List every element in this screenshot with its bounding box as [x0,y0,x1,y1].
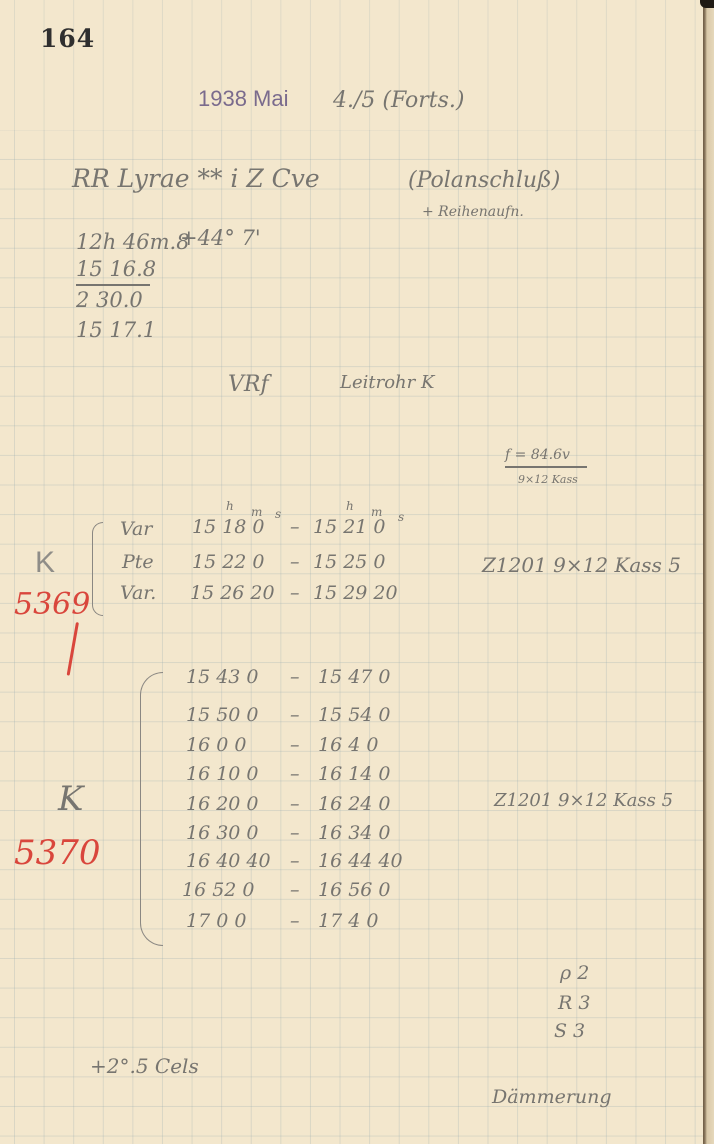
block2-row7-start: 16 40 40 [186,852,271,871]
block2-row7-dash: – [290,852,300,871]
coord-ra: 12h 46m.8 [76,232,190,253]
block2-row8-dash: – [290,881,300,900]
block2-row1-dash: – [290,668,300,687]
block1-row2-start: 15 22 0 [192,553,265,572]
block2-row3-end: 16 4 0 [318,736,378,755]
block1-row1-end: 15 21 0 [313,518,386,537]
block2-row2-start: 15 50 0 [186,706,259,725]
block2-row3-dash: – [290,736,300,755]
date-handwritten: 4./5 (Forts.) [333,90,465,112]
block1-row2-dash: – [290,553,300,572]
block2-row6-end: 16 34 0 [318,824,391,843]
block2-row6-dash: – [290,824,300,843]
unit-s2: s [398,511,404,523]
instrument-guide: Leitrohr K [340,374,434,392]
block1-note: Z1201 9×12 Kass 5 [482,555,681,575]
block2-row9-start: 17 0 0 [186,912,246,931]
object-title: RR Lyrae ** i Z Cve [72,166,320,191]
object-note-paren: (Polanschluß) [408,170,560,192]
block2-plate-number: 5370 [14,836,101,870]
condition-line-1: ρ 2 [560,964,589,983]
block2-row6-start: 16 30 0 [186,824,259,843]
calc-underline [76,284,150,286]
calc-line-1: 15 16.8 [76,259,156,280]
block1-row2-end: 15 25 0 [313,553,386,572]
block2-row4-end: 16 14 0 [318,765,391,784]
block2-row4-start: 16 10 0 [186,765,259,784]
block1-row3-start: 15 26 20 [190,584,275,603]
date-stamp: 1938 Mai [198,86,289,112]
block2-row4-dash: – [290,765,300,784]
block2-row3-start: 16 0 0 [186,736,246,755]
block2-row2-dash: – [290,706,300,725]
block1-row3-end: 15 29 20 [313,584,398,603]
plate-format: 9×12 Kass [518,474,578,485]
block2-row5-end: 16 24 0 [318,795,391,814]
block1-row1-start: 15 18 0 [192,518,265,537]
condition-line-2: R 3 [558,994,590,1013]
calc-line-3: 15 17.1 [76,320,156,341]
book-binding [703,0,714,1144]
unit-h1: h [226,500,234,512]
block1-row1-dash: – [290,518,300,537]
block2-row9-dash: – [290,912,300,931]
block2-row5-start: 16 20 0 [186,795,259,814]
block2-row9-end: 17 4 0 [318,912,378,931]
block1-row3-dash: – [290,584,300,603]
temperature: +2°.5 Cels [90,1056,199,1076]
block2-brace [140,672,163,946]
coord-dec: +44° 7' [180,228,261,249]
condition-line-3: S 3 [554,1022,585,1041]
calc-line-2: 2 30.0 [76,290,143,311]
block2-note: Z1201 9×12 Kass 5 [494,792,673,810]
unit-s1: s [275,508,281,520]
remark-twilight: Dämmerung [492,1088,612,1107]
page-number: 164 [40,24,95,53]
block1-row3-type: Var. [120,584,156,603]
block2-row8-start: 16 52 0 [182,881,255,900]
block1-brace [92,522,103,616]
block2-row7-end: 16 44 40 [318,852,403,871]
block2-row1-end: 15 47 0 [318,668,391,687]
block2-side-label: K [58,782,83,816]
focal-underline [505,466,587,468]
unit-h2: h [346,500,354,512]
block1-row1-type: Var [120,520,152,539]
block2-row5-dash: – [290,795,300,814]
instrument-label: VRf [228,374,269,396]
block1-row2-type: Pte [122,553,154,572]
block2-row8-end: 16 56 0 [318,881,391,900]
block2-row2-end: 15 54 0 [318,706,391,725]
block2-row1-start: 15 43 0 [186,668,259,687]
block1-plate-number: 5369 [14,590,90,620]
block1-side-label: K [35,548,55,578]
binding-corner [700,0,714,8]
object-note-sub: + Reihenaufn. [422,205,524,219]
focal-length: f = 84.6v [505,448,570,462]
